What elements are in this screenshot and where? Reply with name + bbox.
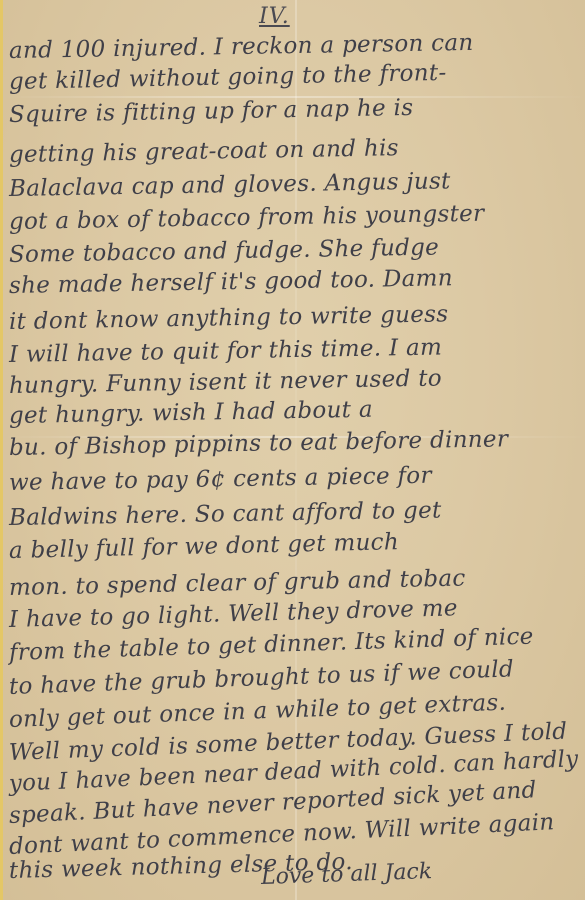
letter-line: I will have to quit for this time. I am bbox=[9, 334, 443, 368]
letter-line: she made herself it's good too. Damn bbox=[9, 265, 453, 299]
letter-line: hungry. Funny isent it never used to bbox=[9, 365, 442, 399]
letter-line: Baldwins here. So cant afford to get bbox=[9, 497, 442, 531]
letter-line: we have to pay 6¢ cents a piece for bbox=[9, 463, 432, 496]
letter-line: Some tobacco and fudge. She fudge bbox=[9, 234, 440, 268]
letter-line: got a box of tobacco from his youngster bbox=[9, 201, 485, 235]
signature: Love to all Jack bbox=[261, 859, 433, 890]
letter-line: getting his great-coat on and his bbox=[9, 135, 399, 168]
letter-line: get hungry. wish I had about a bbox=[9, 397, 373, 429]
page-number: IV. bbox=[259, 4, 290, 29]
letter-line: a belly full for we dont get much bbox=[9, 529, 400, 564]
letter-line: and 100 injured. I reckon a person can bbox=[9, 30, 474, 64]
letter-line: Squire is fitting up for a nap he is bbox=[9, 95, 414, 128]
letter-page: IV. and 100 injured. I reckon a person c… bbox=[0, 0, 585, 900]
letter-line: get killed without going to the front- bbox=[9, 60, 447, 95]
letter-line: Balaclava cap and gloves. Angus just bbox=[9, 168, 451, 202]
letter-line: it dont know anything to write guess bbox=[9, 301, 449, 335]
letter-line: mon. to spend clear of grub and tobac bbox=[9, 565, 466, 601]
letter-line: bu. of Bishop pippins to eat before dinn… bbox=[9, 426, 509, 461]
